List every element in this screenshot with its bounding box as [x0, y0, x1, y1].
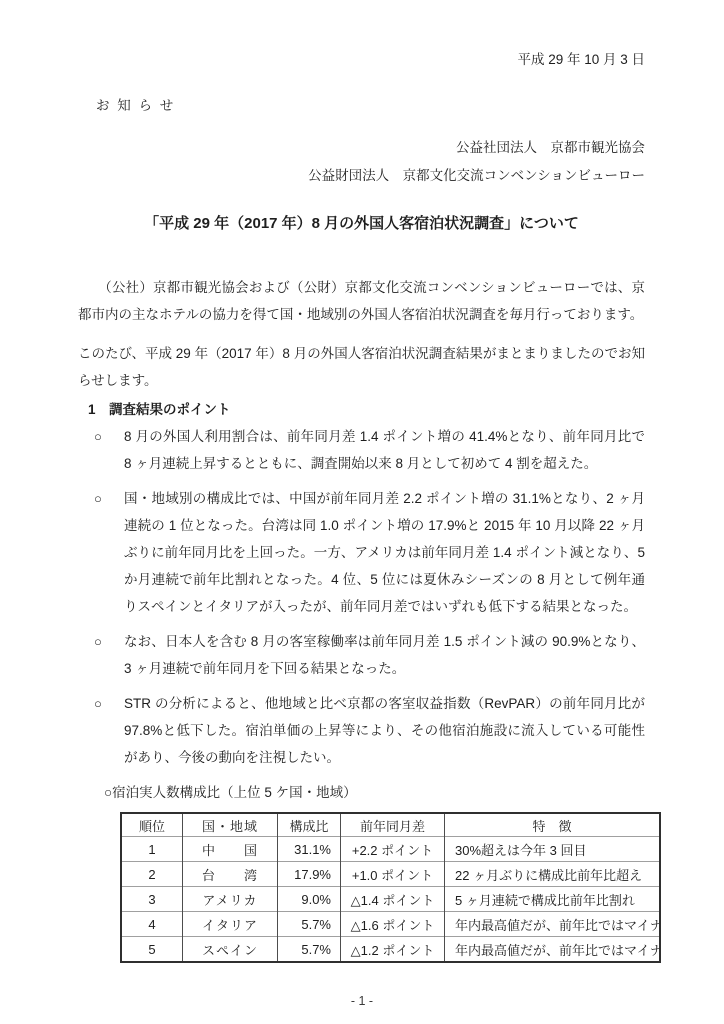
header-share: 構成比	[278, 813, 341, 837]
cell-country: 中 国	[183, 837, 278, 862]
cell-share: 5.7%	[278, 912, 341, 937]
organization-line: 公益社団法人 京都市観光協会	[78, 134, 645, 162]
cell-feature: 5 ヶ月連続で構成比前年比割れ	[445, 887, 661, 912]
cell-share: 17.9%	[278, 862, 341, 887]
bullet-marker: ○	[94, 690, 102, 717]
bullet-text: STR の分析によると、他地域と比べ京都の客室収益指数（RevPAR）の前年同月…	[124, 696, 645, 765]
cell-country: アメリカ	[183, 887, 278, 912]
bullet-item: ○ 国・地域別の構成比では、中国が前年同月差 2.2 ポイント増の 31.1%と…	[78, 485, 645, 620]
bullet-item: ○ STR の分析によると、他地域と比べ京都の客室収益指数（RevPAR）の前年…	[78, 690, 645, 771]
organization-line: 公益財団法人 京都文化交流コンベンションビューロー	[78, 162, 645, 190]
header-feature: 特 徴	[445, 813, 661, 837]
cell-rank: 5	[121, 937, 183, 963]
bullet-item: ○ 8 月の外国人利用割合は、前年同月差 1.4 ポイント増の 41.4%となり…	[78, 423, 645, 477]
section-heading: 1 調査結果のポイント	[88, 396, 645, 423]
bullet-marker: ○	[94, 628, 102, 655]
intro-paragraph: （公社）京都市観光協会および（公財）京都文化交流コンベンションビューローでは、京…	[78, 274, 645, 328]
announcement-paragraph: このたび、平成 29 年（2017 年）8 月の外国人客宿泊状況調査結果がまとま…	[78, 340, 645, 394]
survey-table: 順位 国・地域 構成比 前年同月差 特 徴 1 中 国 31.1% +2.2 ポ…	[120, 812, 661, 963]
cell-rank: 2	[121, 862, 183, 887]
header-diff: 前年同月差	[341, 813, 445, 837]
cell-share: 31.1%	[278, 837, 341, 862]
cell-feature: 年内最高値だが、前年比ではマイナス	[445, 937, 661, 963]
document-date: 平成 29 年 10 月 3 日	[78, 50, 645, 70]
table-row: 1 中 国 31.1% +2.2 ポイント 30%超えは今年 3 回目	[121, 837, 660, 862]
cell-share: 9.0%	[278, 887, 341, 912]
cell-feature: 年内最高値だが、前年比ではマイナス	[445, 912, 661, 937]
table-caption: ○宿泊実人数構成比（上位 5 ケ国・地域）	[104, 779, 645, 806]
cell-share: 5.7%	[278, 937, 341, 963]
bullet-marker: ○	[94, 485, 102, 512]
notice-label: お 知 ら せ	[96, 94, 645, 114]
cell-feature: 22 ヶ月ぶりに構成比前年比超え	[445, 862, 661, 887]
document-page: 平成 29 年 10 月 3 日 お 知 ら せ 公益社団法人 京都市観光協会 …	[0, 0, 724, 1024]
table-row: 4 イタリア 5.7% △1.6 ポイント 年内最高値だが、前年比ではマイナス	[121, 912, 660, 937]
header-country: 国・地域	[183, 813, 278, 837]
cell-country: イタリア	[183, 912, 278, 937]
table-header-row: 順位 国・地域 構成比 前年同月差 特 徴	[121, 813, 660, 837]
cell-rank: 3	[121, 887, 183, 912]
bullet-item: ○ なお、日本人を含む 8 月の客室稼働率は前年同月差 1.5 ポイント減の 9…	[78, 628, 645, 682]
document-title: 「平成 29 年（2017 年）8 月の外国人客宿泊状況調査」について	[78, 210, 645, 238]
bullet-marker: ○	[94, 423, 102, 450]
header-rank: 順位	[121, 813, 183, 837]
cell-country: スペイン	[183, 937, 278, 963]
table-row: 2 台 湾 17.9% +1.0 ポイント 22 ヶ月ぶりに構成比前年比超え	[121, 862, 660, 887]
cell-feature: 30%超えは今年 3 回目	[445, 837, 661, 862]
cell-diff: +2.2 ポイント	[341, 837, 445, 862]
cell-diff: +1.0 ポイント	[341, 862, 445, 887]
table-row: 3 アメリカ 9.0% △1.4 ポイント 5 ヶ月連続で構成比前年比割れ	[121, 887, 660, 912]
bullet-text: 8 月の外国人利用割合は、前年同月差 1.4 ポイント増の 41.4%となり、前…	[124, 429, 645, 471]
page-number: - 1 -	[0, 994, 724, 1008]
cell-diff: △1.4 ポイント	[341, 887, 445, 912]
cell-diff: △1.6 ポイント	[341, 912, 445, 937]
table-row: 5 スペイン 5.7% △1.2 ポイント 年内最高値だが、前年比ではマイナス	[121, 937, 660, 963]
cell-diff: △1.2 ポイント	[341, 937, 445, 963]
organization-block: 公益社団法人 京都市観光協会 公益財団法人 京都文化交流コンベンションビューロー	[78, 134, 645, 190]
bullet-text: 国・地域別の構成比では、中国が前年同月差 2.2 ポイント増の 31.1%となり…	[124, 491, 645, 614]
cell-rank: 4	[121, 912, 183, 937]
cell-country: 台 湾	[183, 862, 278, 887]
bullet-text: なお、日本人を含む 8 月の客室稼働率は前年同月差 1.5 ポイント減の 90.…	[124, 634, 645, 676]
cell-rank: 1	[121, 837, 183, 862]
